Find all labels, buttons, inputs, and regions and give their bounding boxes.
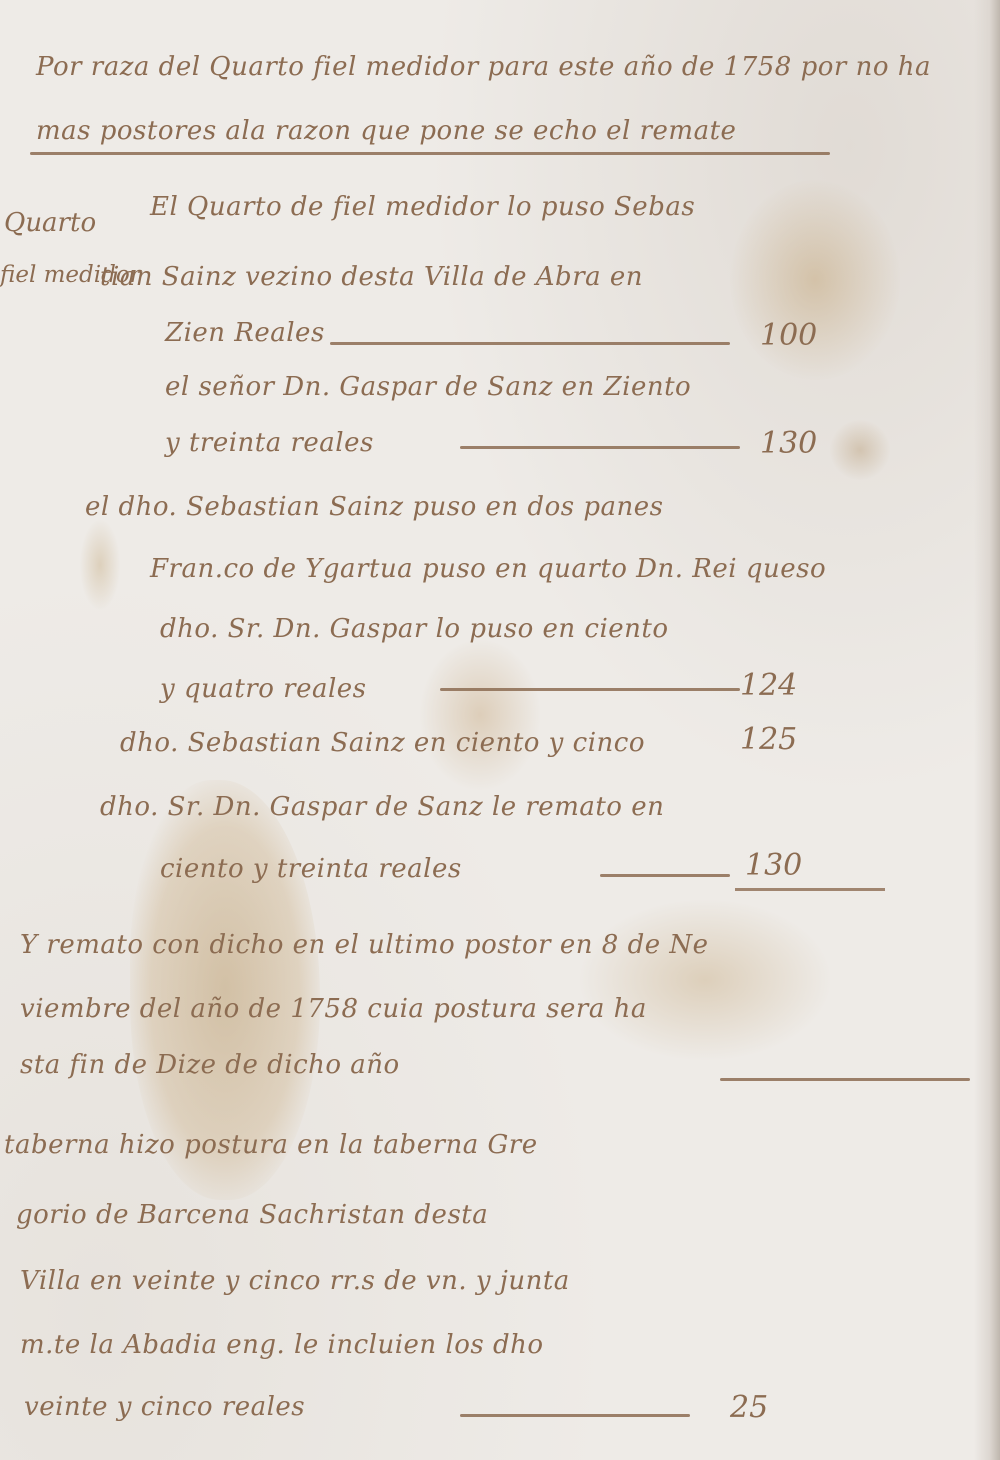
entry-line: tian Sainz vezino desta Villa de Abra en	[100, 262, 643, 292]
entry-line: y quatro reales	[160, 674, 367, 704]
filler-dash	[600, 874, 730, 877]
taberna-line: taberna hizo postura en la taberna Gre	[4, 1130, 538, 1160]
entry-line: Fran.co de Ygartua puso en quarto Dn. Re…	[150, 554, 826, 584]
taberna-line: gorio de Barcena Sachristan desta	[16, 1200, 488, 1230]
filler-dash	[30, 152, 830, 155]
closing-line: Y remato con dicho en el ultimo postor e…	[20, 930, 709, 960]
closing-line: viembre del año de 1758 cuia postura ser…	[20, 994, 647, 1024]
taberna-line: veinte y cinco reales	[24, 1392, 305, 1422]
entry-amount: 125	[740, 722, 797, 757]
filler-dash	[460, 446, 740, 449]
paper-edge	[974, 0, 1000, 1460]
water-stain	[580, 900, 830, 1060]
header-line-2: mas postores ala razon que pone se echo …	[36, 116, 736, 146]
taberna-amount: 25	[730, 1390, 768, 1425]
filler-dash	[440, 688, 740, 691]
entry-amount: 100	[760, 318, 817, 353]
entry-line: dho. Sr. Dn. Gaspar lo puso en ciento	[160, 614, 669, 644]
entry-line: y treinta reales	[165, 428, 374, 458]
entry-line: el señor Dn. Gaspar de Sanz en Ziento	[165, 372, 691, 402]
entry-amount: 124	[740, 668, 797, 703]
entry-line: El Quarto de fiel medidor lo puso Sebas	[150, 192, 695, 222]
manuscript-page: Por raza del Quarto fiel medidor para es…	[0, 0, 1000, 1460]
filler-dash	[720, 1078, 970, 1081]
margin-label-quarto: Quarto	[4, 208, 96, 238]
entry-line: dho. Sr. Dn. Gaspar de Sanz le remato en	[100, 792, 664, 822]
total-underline	[735, 888, 885, 891]
header-line-1: Por raza del Quarto fiel medidor para es…	[36, 52, 931, 82]
entry-amount: 130	[745, 848, 802, 883]
filler-dash	[330, 342, 730, 345]
filler-dash	[460, 1414, 690, 1417]
taberna-line: m.te la Abadia eng. le incluien los dho	[20, 1330, 544, 1360]
entry-line: el dho. Sebastian Sainz puso en dos pane…	[85, 492, 663, 522]
entry-line: ciento y treinta reales	[160, 854, 462, 884]
closing-line: sta fin de Dize de dicho año	[20, 1050, 400, 1080]
entry-line: Zien Reales	[165, 318, 325, 348]
entry-line: dho. Sebastian Sainz en ciento y cinco	[120, 728, 645, 758]
entry-amount: 130	[760, 426, 817, 461]
water-stain	[830, 420, 890, 480]
taberna-line: Villa en veinte y cinco rr.s de vn. y ju…	[20, 1266, 570, 1296]
water-stain	[80, 520, 120, 610]
water-stain	[420, 640, 540, 790]
